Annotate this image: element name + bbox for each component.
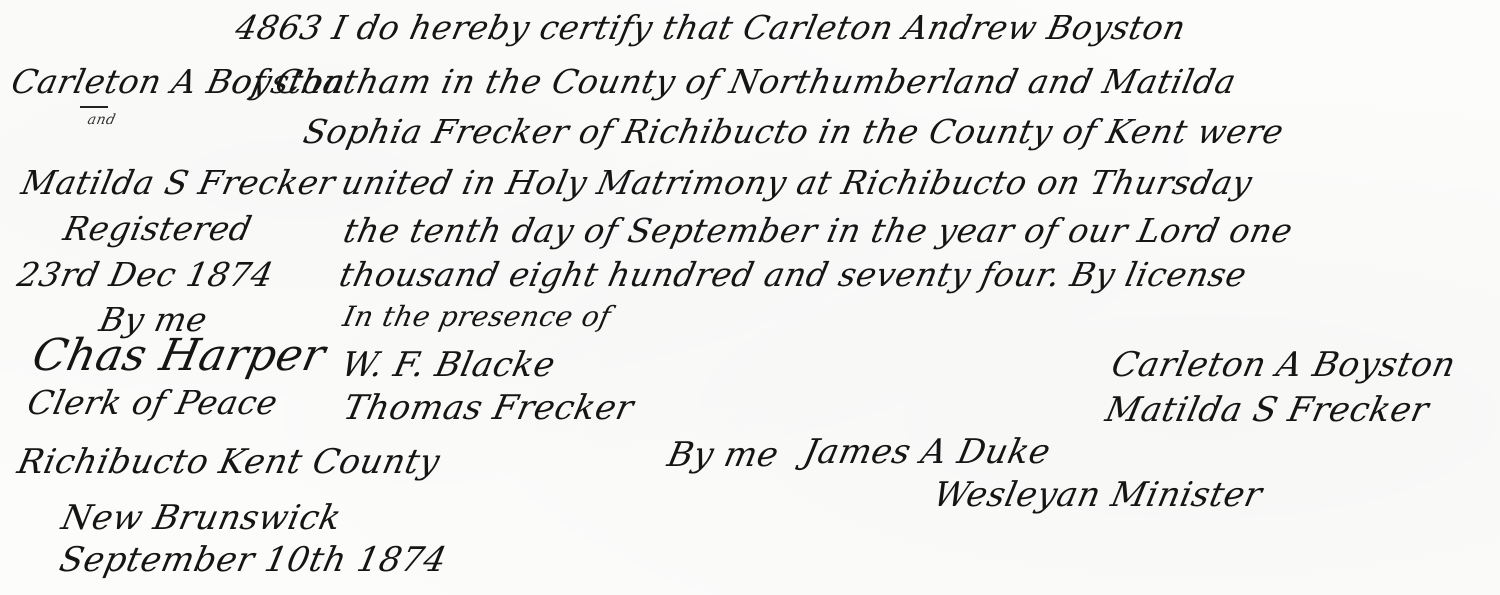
bride-signature: Matilda S Frecker	[1102, 390, 1432, 430]
certificate-line-2: of Chatham in the County of Northumberla…	[228, 62, 1240, 101]
certificate-line-4: united in Holy Matrimony at Richibucto o…	[338, 163, 1256, 202]
witness-2-signature: Thomas Frecker	[340, 388, 637, 428]
margin-underline	[80, 106, 108, 108]
margin-bride-name: Matilda S Frecker	[18, 163, 339, 202]
certificate-line-6: thousand eight hundred and seventy four.…	[336, 255, 1250, 294]
certificate-line-1: 4863 I do hereby certify that Carleton A…	[232, 8, 1189, 47]
margin-groom-name: Carleton A Boyston	[8, 62, 349, 101]
place-line-2: New Brunswick	[58, 498, 345, 538]
margin-registered-date: 23rd Dec 1874	[14, 255, 277, 294]
officiant-prefix: By me	[664, 435, 782, 475]
groom-signature: Carleton A Boyston	[1108, 345, 1459, 385]
certificate-line-5: the tenth day of September in the year o…	[340, 211, 1296, 250]
certificate-line-3: Sophia Frecker of Richibucto in the Coun…	[300, 112, 1287, 151]
margin-and: and	[86, 112, 117, 128]
certificate-line-7: In the presence of	[340, 300, 614, 333]
witness-1-signature: W. F. Blacke	[338, 345, 559, 385]
clerk-title: Clerk of Peace	[24, 383, 281, 422]
document-page: 4863 I do hereby certify that Carleton A…	[0, 0, 1500, 595]
clerk-signature: Chas Harper	[28, 330, 330, 381]
place-line-1: Richibucto Kent County	[14, 442, 444, 482]
place-date-line: September 10th 1874	[56, 540, 450, 580]
officiant-title: Wesleyan Minister	[930, 475, 1266, 515]
margin-registered-label: Registered	[60, 209, 256, 248]
officiant-name: James A Duke	[800, 432, 1054, 472]
